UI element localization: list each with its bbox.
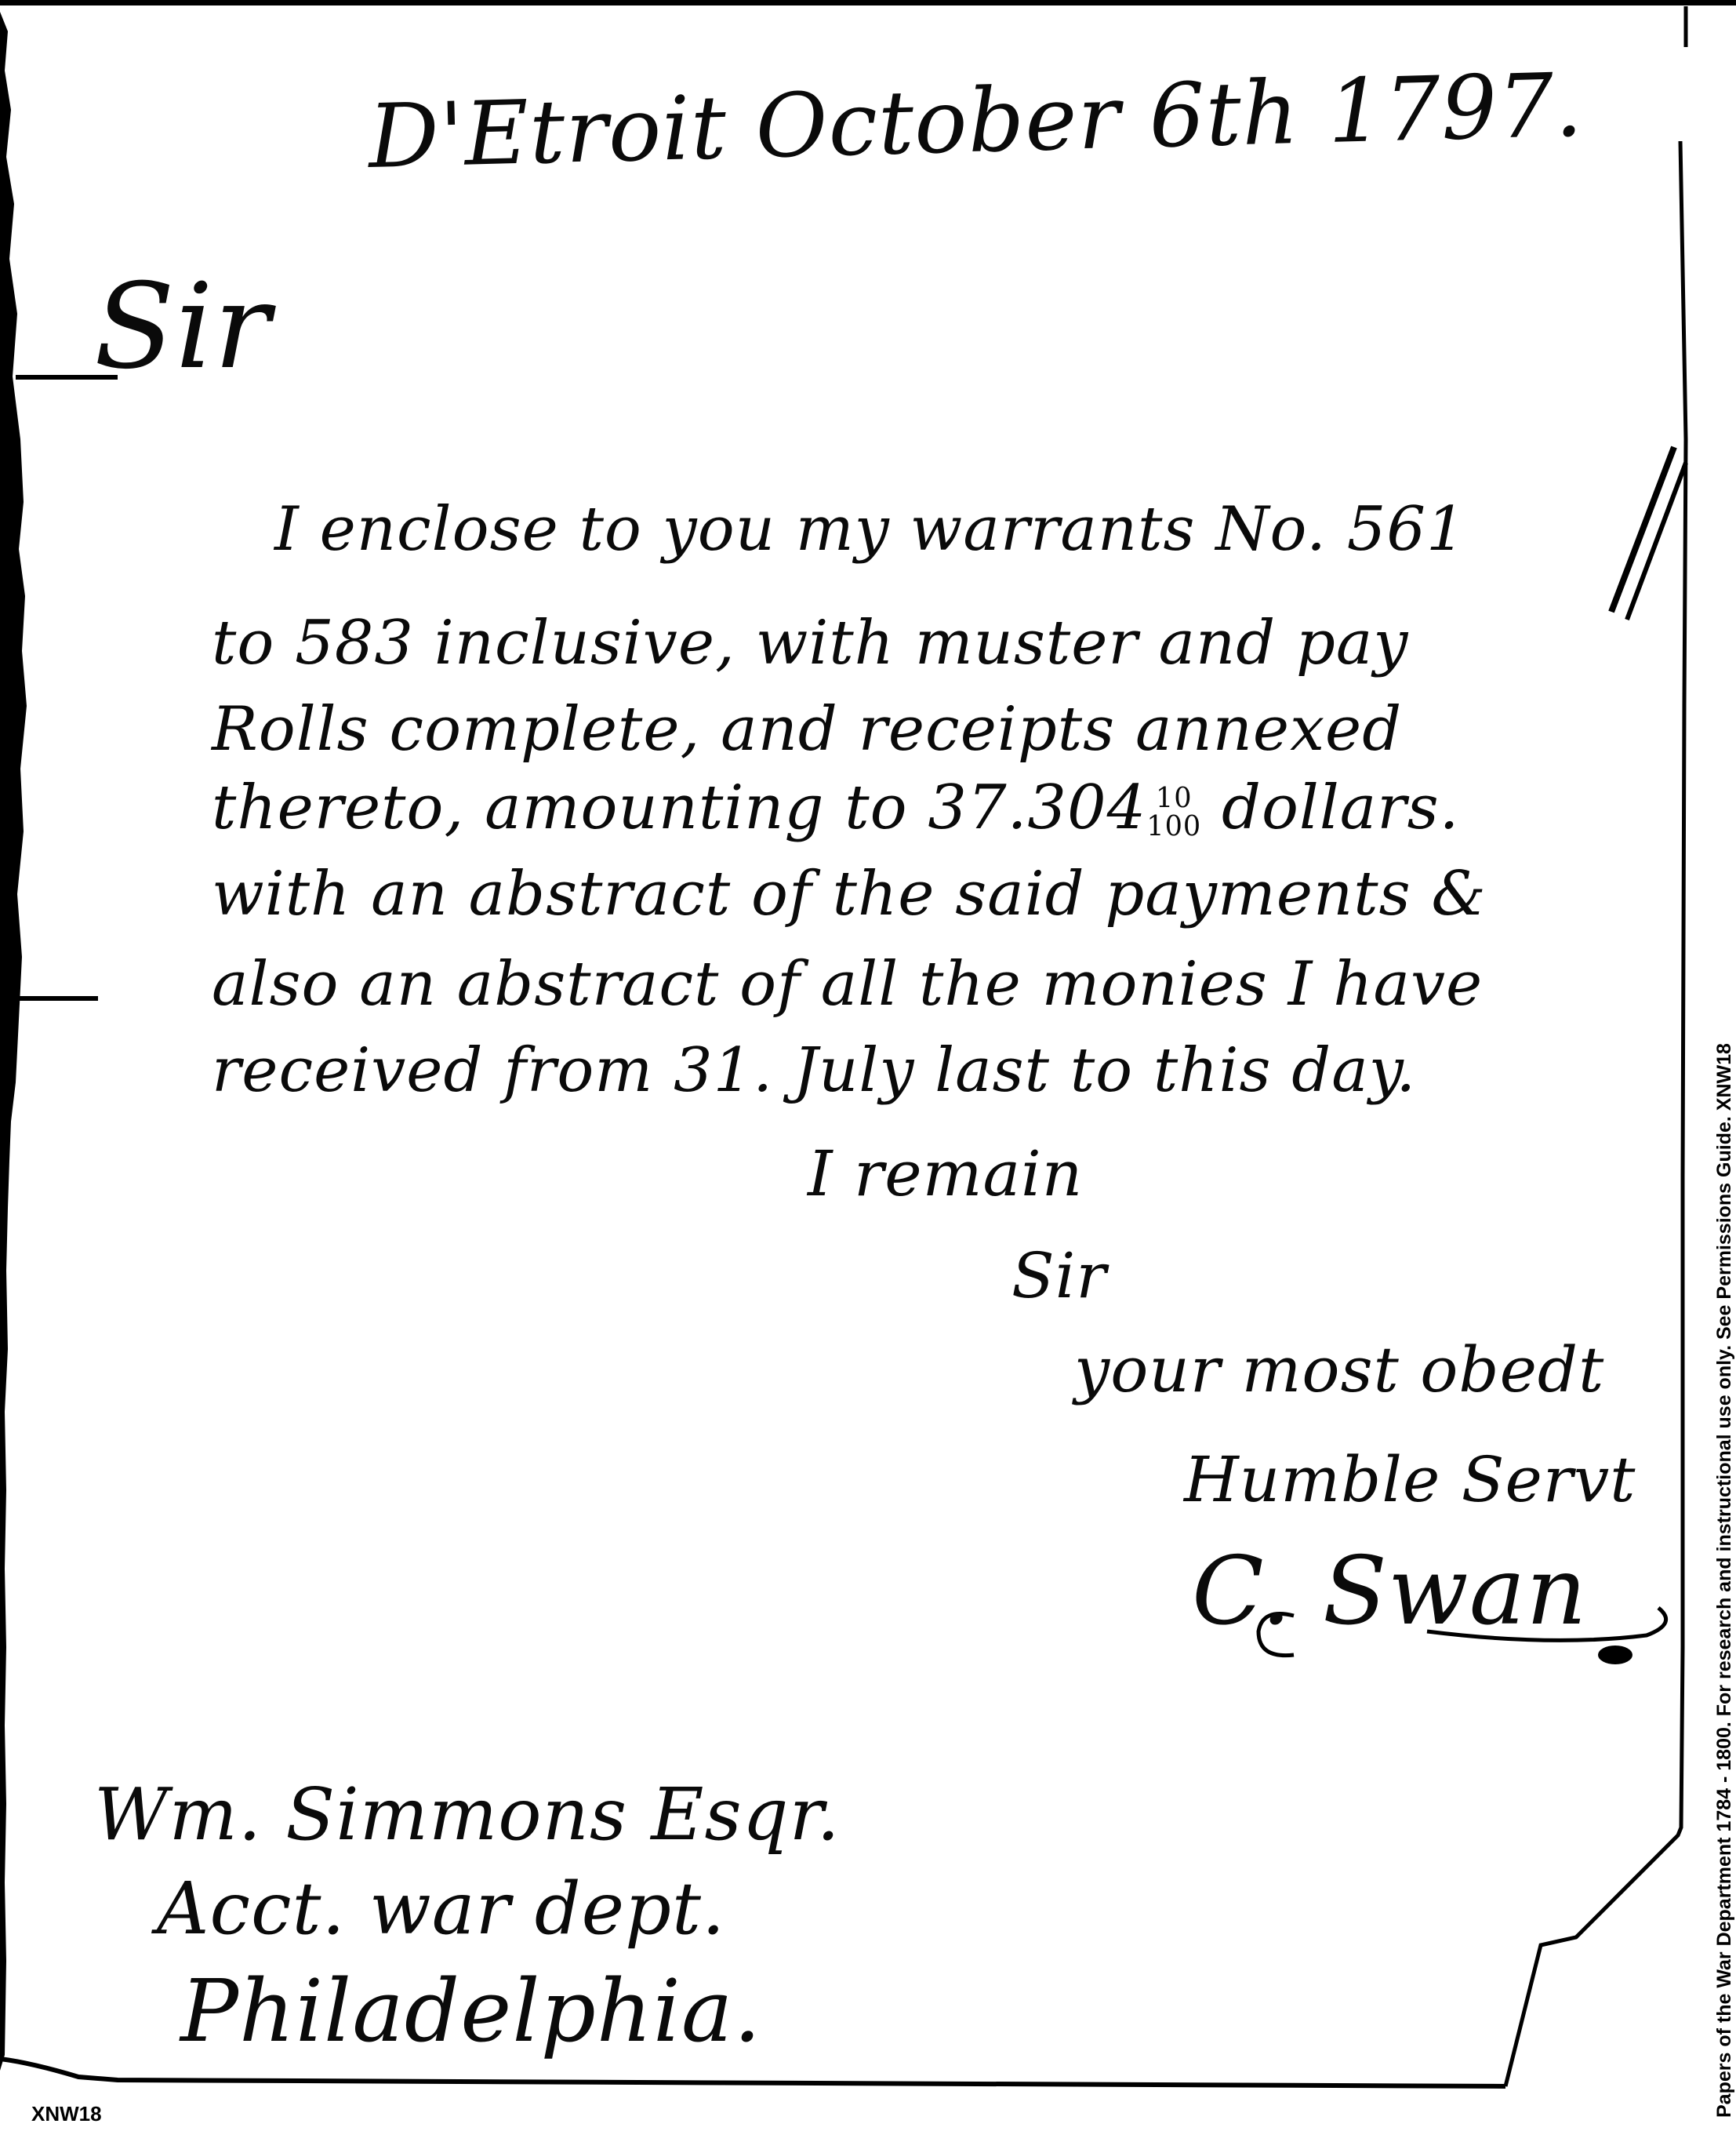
body-line: I enclose to you my warrants No. 561	[274, 494, 1466, 565]
catalog-id-label: XNW18	[31, 2102, 102, 2126]
body-line: received from 31. July last to this day.	[212, 1035, 1416, 1106]
body-line: also an abstract of all the monies I hav…	[212, 949, 1483, 1020]
closing-line: your most obedt	[1074, 1333, 1604, 1406]
body-line-amount: thereto, amounting to 37.30410100 dollar…	[212, 773, 1459, 843]
salutation: Sir	[94, 259, 271, 395]
scanned-letter-page: D'Etroit October 6th 1797. Sir I enclose…	[0, 0, 1736, 2131]
address-line: Wm. Simmons Esqr.	[94, 1773, 841, 1856]
fraction-denominator: 100	[1146, 813, 1201, 840]
closing-line: Sir	[1011, 1239, 1107, 1312]
closing-line: I remain	[808, 1137, 1083, 1210]
permissions-notice: Papers of the War Department 1784 - 1800…	[1713, 1043, 1736, 2118]
amount-unit: dollars.	[1222, 773, 1459, 843]
address-line: Philadelphia.	[180, 1961, 761, 2061]
address-line: Acct. war dept.	[157, 1867, 725, 1951]
signature: C. Swan	[1192, 1537, 1588, 1646]
body-line: to 583 inclusive, with muster and pay	[212, 608, 1408, 678]
body-line-text: thereto, amounting to 37.304	[212, 773, 1146, 843]
closing-line: Humble Servt	[1184, 1443, 1636, 1516]
amount-fraction: 10100	[1146, 784, 1201, 839]
body-line: Rolls complete, and receipts annexed	[212, 694, 1402, 765]
body-line: with an abstract of the said payments &	[212, 859, 1487, 929]
fraction-numerator: 10	[1146, 784, 1201, 812]
